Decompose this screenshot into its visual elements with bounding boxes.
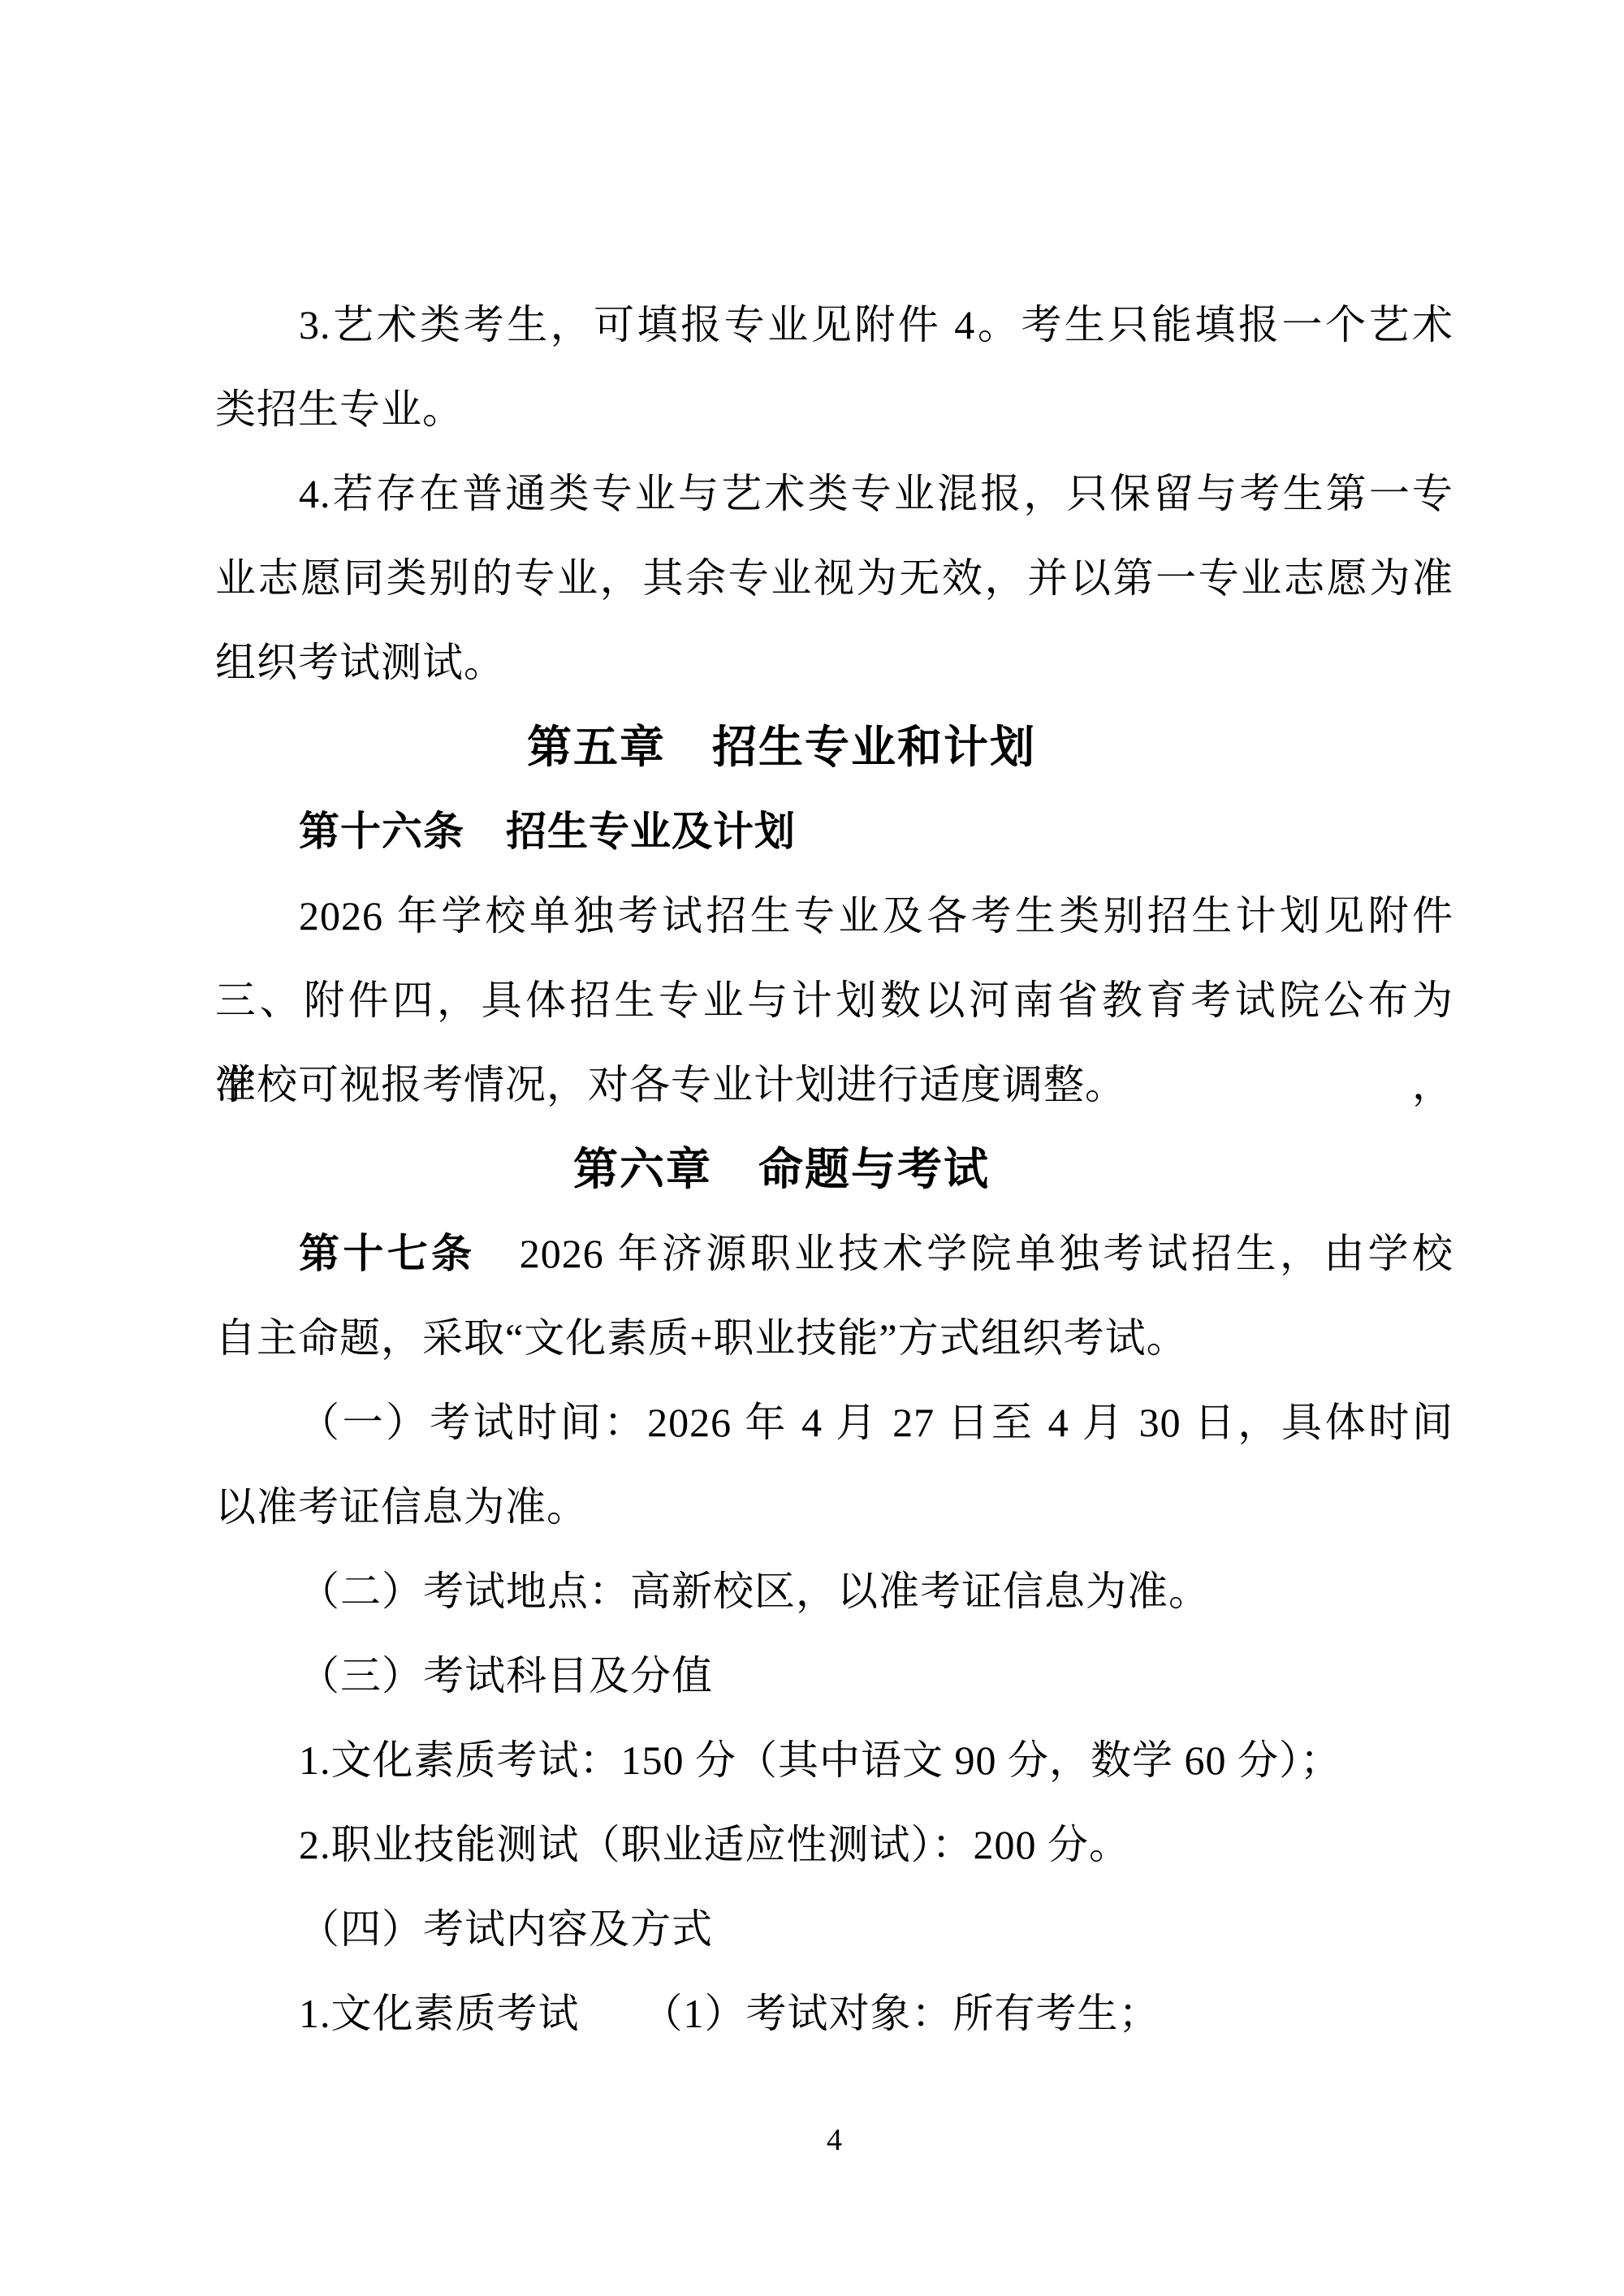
document-page: 3.艺术类考生，可填报专业见附件 4。考生只能填报一个艺术 类招生专业。 4.若… [0,0,1624,2296]
document-line: （二）考试地点：高新校区，以准考证信息为准。 [215,1549,1453,1634]
document-line: 业志愿同类别的专业，其余专业视为无效，并以第一专业志愿为准 [215,536,1453,620]
document-line: 1.文化素质考试 （1）考试对象：所有考生； [215,1971,1453,2056]
line-text: 2026 年济源职业技术学院单独考试招生，由学校 [475,1231,1453,1276]
document-line: 2026 年学校单独考试招生专业及各考生类别招生计划见附件 [215,874,1453,958]
document-line: （三）考试科目及分值 [215,1634,1453,1718]
chapter-heading: 第五章 招生专业和计划 [215,705,1348,789]
document-line: （一）考试时间：2026 年 4 月 27 日至 4 月 30 日，具体时间 [215,1380,1453,1465]
document-line: 4.若存在普通类专业与艺术类专业混报，只保留与考生第一专 [215,451,1453,536]
chapter-heading: 第六章 命题与考试 [215,1127,1348,1211]
document-line: 2.职业技能测试（职业适应性测试）：200 分。 [215,1802,1453,1887]
document-body: 3.艺术类考生，可填报专业见附件 4。考生只能填报一个艺术 类招生专业。 4.若… [215,283,1453,2056]
article-label: 第十七条 [299,1231,475,1276]
document-line: 3.艺术类考生，可填报专业见附件 4。考生只能填报一个艺术 [215,283,1453,367]
document-line: 第十七条 2026 年济源职业技术学院单独考试招生，由学校 [215,1211,1453,1296]
document-line: （四）考试内容及方式 [215,1887,1453,1971]
document-line: 组织考试测试。 [215,620,1453,705]
document-line: 以准考证信息为准。 [215,1465,1453,1549]
document-line: 1.文化素质考试：150 分（其中语文 90 分，数学 60 分）； [215,1718,1453,1802]
document-line: 三、附件四，具体招生专业与计划数以河南省教育考试院公布为准， [215,958,1453,1042]
page-number: 4 [215,2121,1453,2160]
document-line: 类招生专业。 [215,367,1453,451]
document-line: 自主命题，采取“文化素质+职业技能”方式组织考试。 [215,1296,1453,1380]
article-heading: 第十六条 招生专业及计划 [215,789,1453,874]
